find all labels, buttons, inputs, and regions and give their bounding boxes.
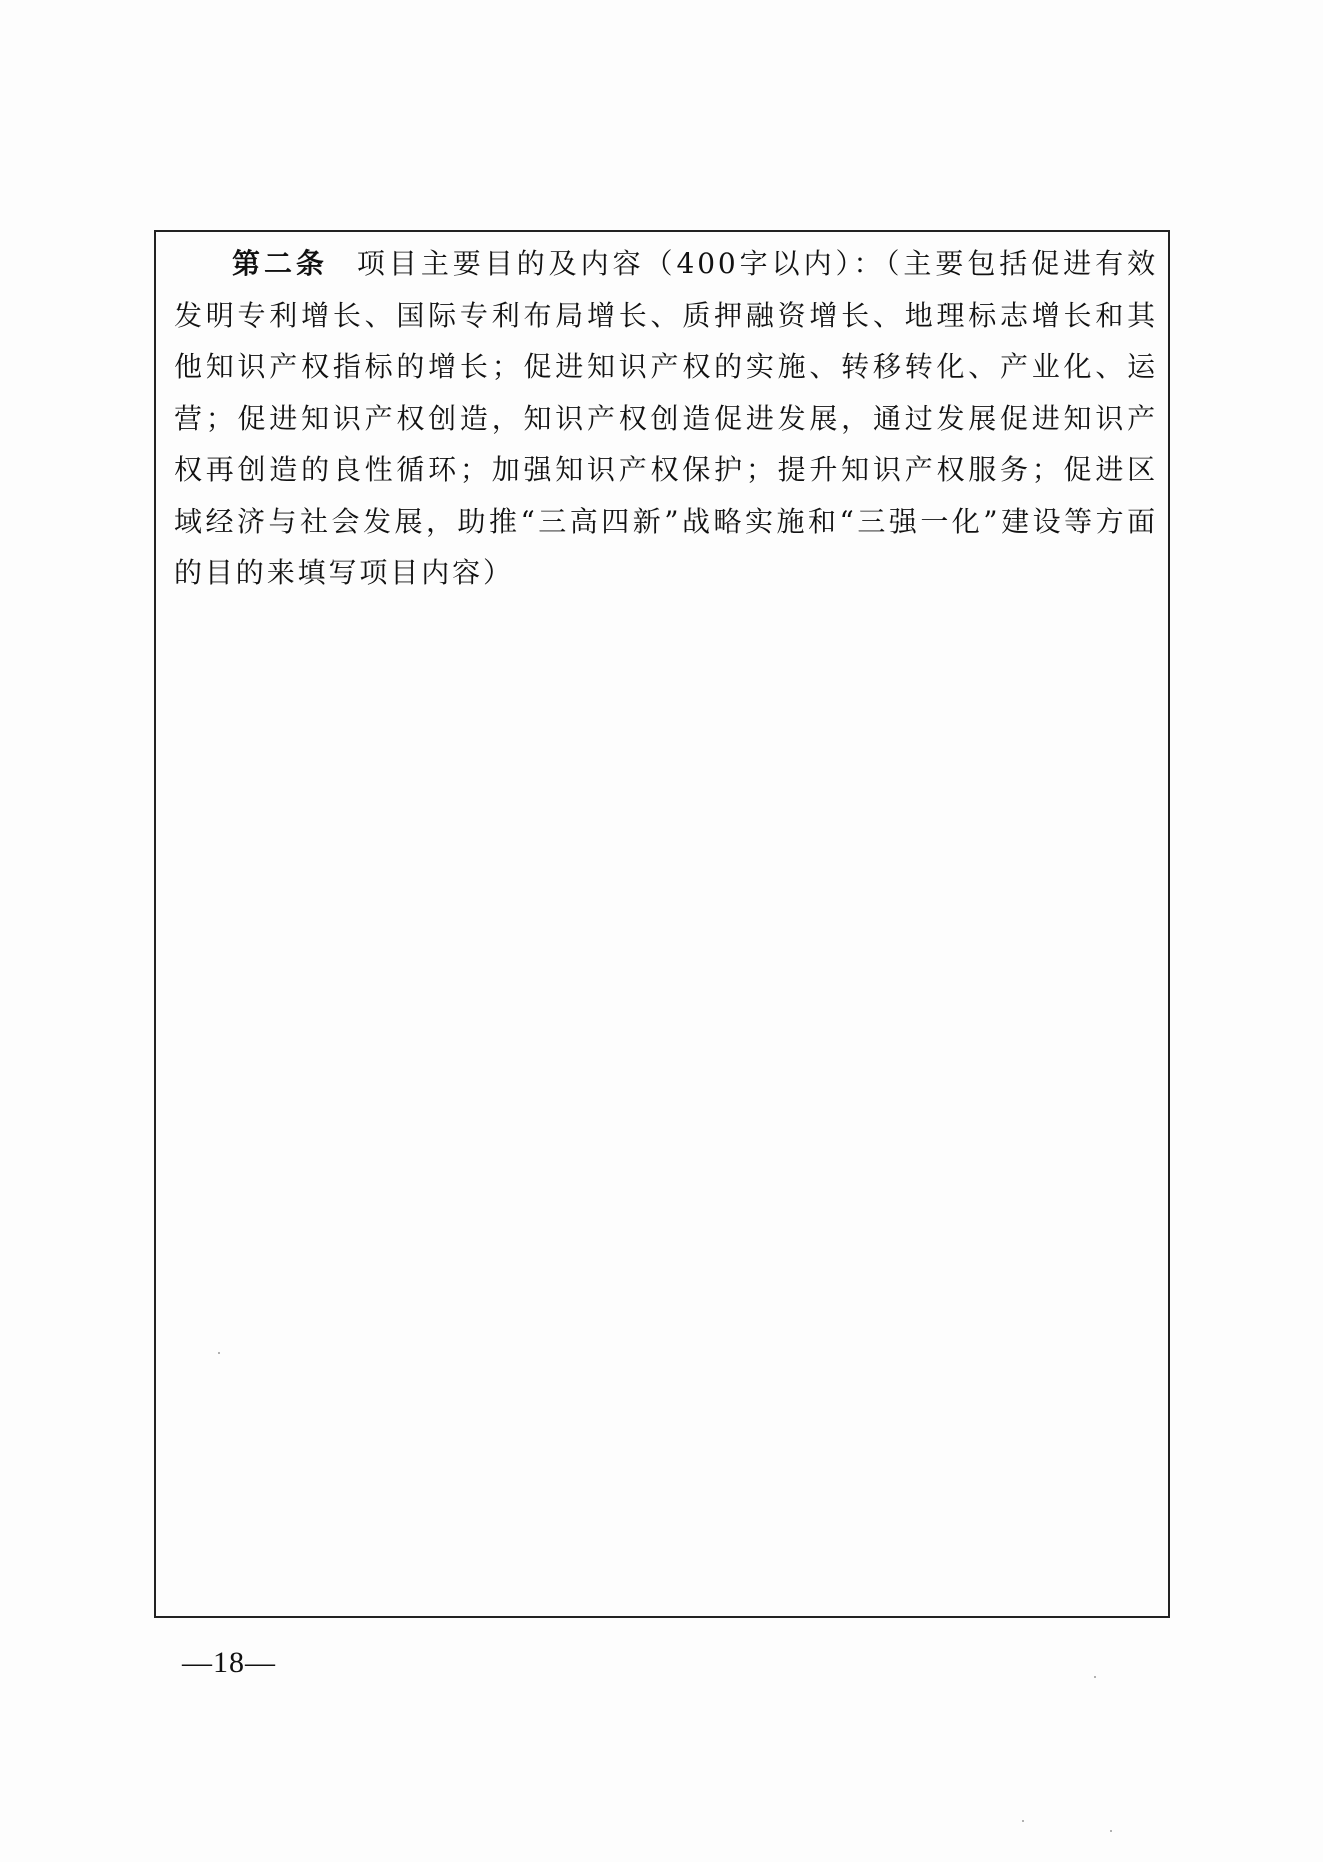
- article-text: 第二条项目主要目的及内容（400字以内）：（主要包括促进有效发明专利增长、国际专…: [174, 238, 1158, 599]
- scan-speck: [1022, 1820, 1024, 1822]
- scan-speck: [218, 1352, 220, 1354]
- article-label: 第二条: [232, 247, 328, 280]
- page-number: —18—: [182, 1646, 276, 1680]
- article-instructions: （主要包括促进有效发明专利增长、国际专利布局增长、质押融资增长、地理标志增长和其…: [174, 247, 1158, 589]
- article-title: 项目主要目的及内容（400字以内）：: [356, 247, 886, 280]
- answer-area: [174, 612, 1150, 1596]
- scan-speck: [1094, 1676, 1096, 1678]
- scan-speck: [1110, 1830, 1112, 1832]
- document-page: 第二条项目主要目的及内容（400字以内）：（主要包括促进有效发明专利增长、国际专…: [0, 0, 1323, 1862]
- form-box: 第二条项目主要目的及内容（400字以内）：（主要包括促进有效发明专利增长、国际专…: [154, 230, 1170, 1618]
